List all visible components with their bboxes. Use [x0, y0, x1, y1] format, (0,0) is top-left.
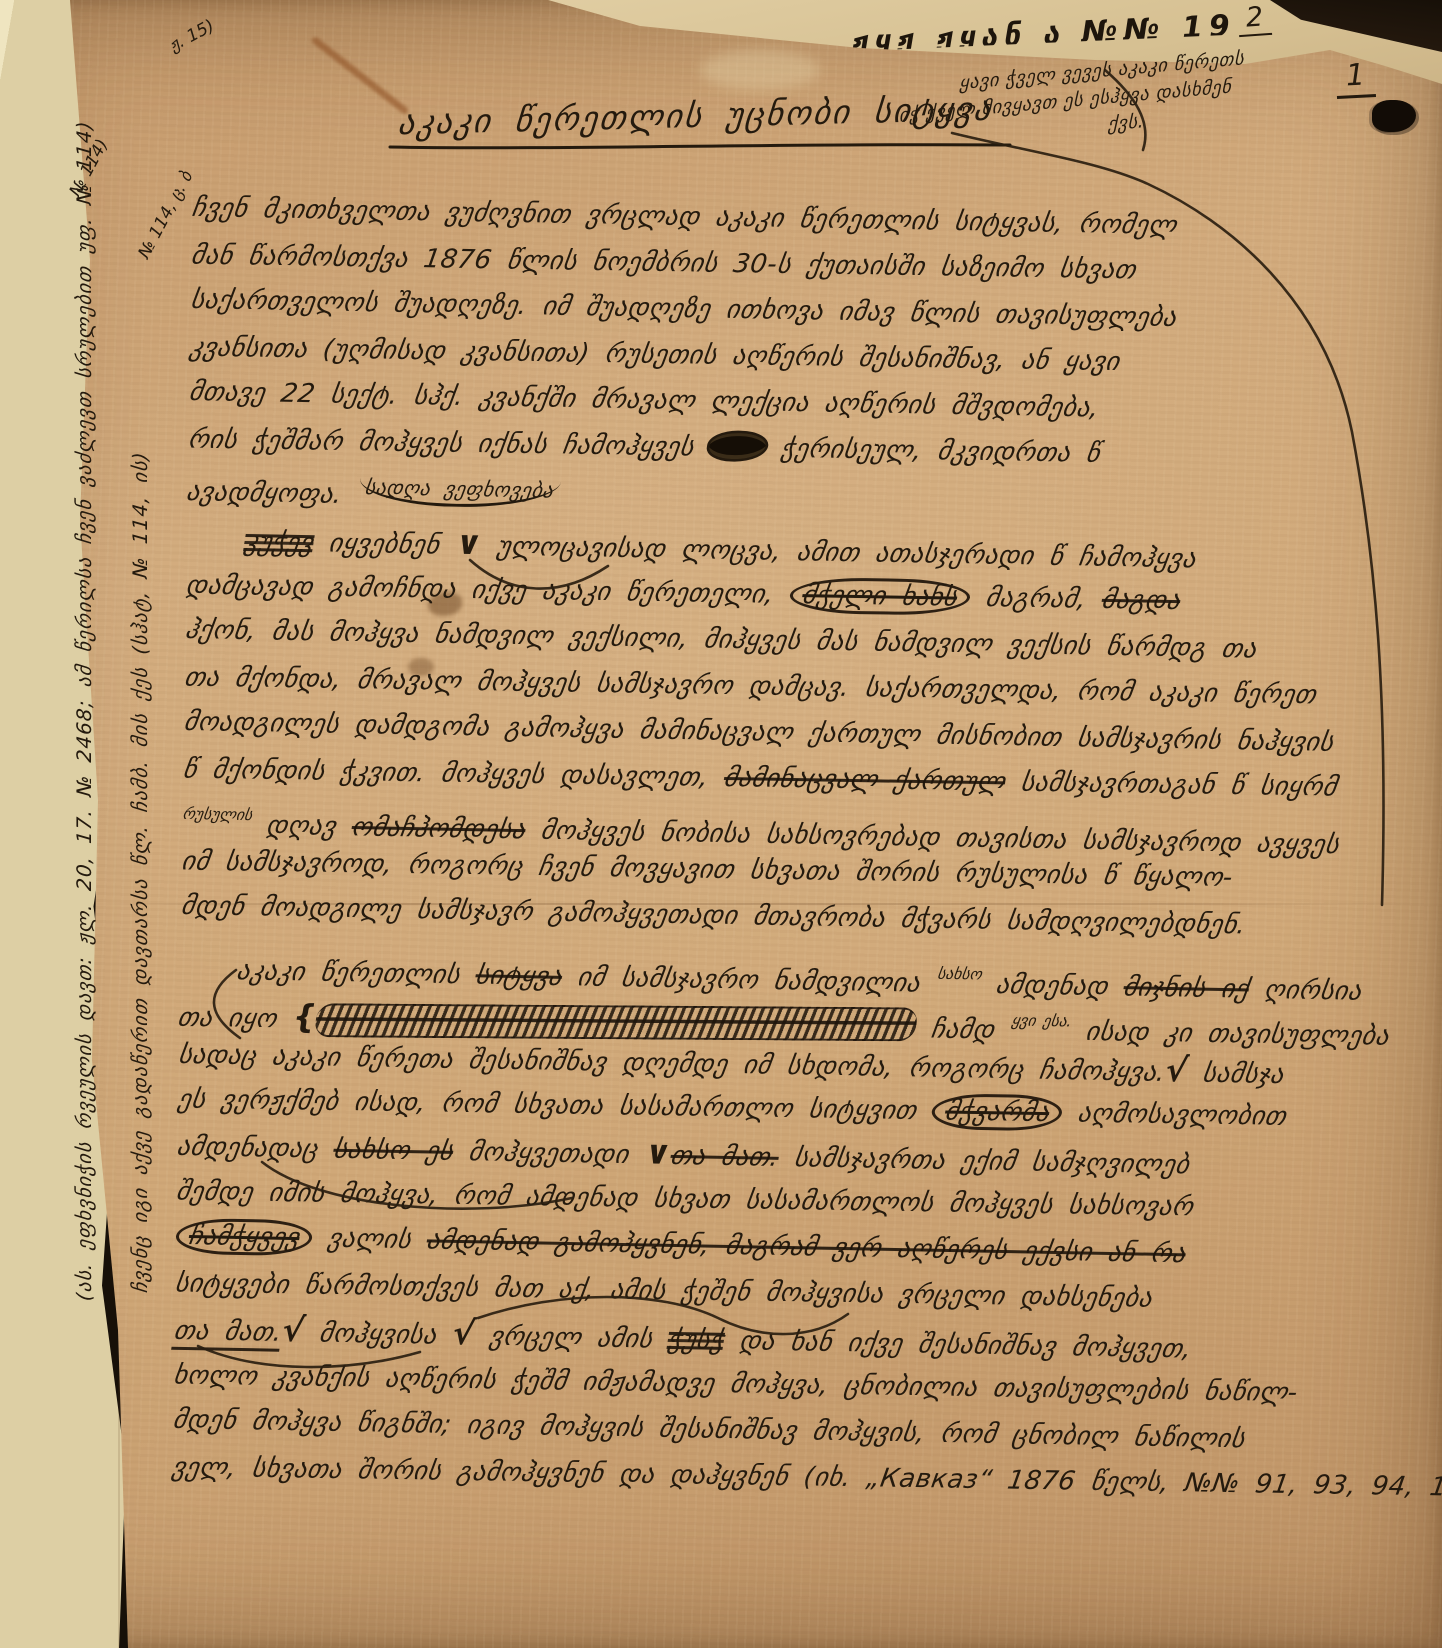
handwriting-text: ვრცელ ამის	[472, 1321, 671, 1354]
page-number-1: 1	[1335, 57, 1376, 99]
handwriting-text: სამსჯავრთაგან წ სიყრმ	[1003, 767, 1339, 802]
circled-struck-text: მჭვარმა	[929, 1093, 1065, 1131]
handwriting-text: ვალის	[310, 1223, 429, 1255]
handwriting-text: ჩამდ	[913, 1014, 1012, 1045]
handwriting-text: კვანსითა (უღმისად კვანსითა) რუსეთის აღწე…	[187, 333, 1121, 378]
handwriting-text: მთავე 22 სექტ. სჰქ. კვანქში მრავალ ლექცი…	[187, 377, 1101, 424]
struck-out-text: ამდენად გამოჰყვნენ, მაგრამ ვერ აღწერეს ე…	[425, 1225, 1188, 1269]
struck-out-text: მაგდა	[1100, 585, 1183, 616]
handwriting-text: ავადმყოფა.	[184, 477, 360, 510]
water-stain	[700, 50, 820, 90]
handwriting-text: სამსჯავრთა ექიმ სამჯღვილებ	[776, 1143, 1191, 1180]
handwriting-text: რის ჭეშმარ მოჰყვეს იქნას ჩამოჰყვეს	[186, 425, 712, 463]
handwriting-text: დამცავად გამოჩნდა იქვე აკაკი წერეთელი,	[184, 571, 792, 610]
handwriting-text: ამდენადაც	[175, 1132, 336, 1165]
circled-struck-text: ჩამჭყვევ	[173, 1218, 315, 1256]
handwriting-text: სამსჯა	[1185, 1058, 1287, 1090]
vertical-crease	[118, 1380, 120, 1648]
handwriting-text: და ხან იქვე შესანიშნავ მოჰყვეთ,	[722, 1326, 1194, 1364]
handwriting-text: აღმოსავლობით	[1060, 1098, 1289, 1131]
paragraph: ჩვენ მკითხველთა ვუძღვნით ვრცლად აკაკი წე…	[187, 187, 1407, 528]
handwriting-text: მოჰყვეთადი	[451, 1137, 647, 1170]
manuscript-body: ჩვენ მკითხველთა ვუძღვნით ვრცლად აკაკი წე…	[172, 187, 1407, 1510]
handwriting-text: იყვებნენ	[311, 528, 458, 561]
ink-blot-scribble	[708, 433, 768, 460]
title-underline	[388, 142, 1013, 150]
struck-out-text: ომაჩჰომდესა	[349, 812, 527, 845]
page-number-2: 2	[1237, 1, 1272, 37]
interlinear-insertion: ყვი ესა.	[1010, 1012, 1073, 1031]
manuscript-scan: ჟყჟ ჟყან ა №№ 19 ჟყ 2 № 114) № 114, ც. ბ…	[0, 0, 1442, 1648]
handwriting-text: დღავ	[248, 810, 354, 842]
struck-out-text: სიტყვა	[473, 961, 564, 993]
underlined-text: თა მათ.	[171, 1316, 284, 1352]
interlinear-insertion: რუსულის	[181, 805, 253, 824]
paragraph: აკაკი წერეთლის სიტყვა იმ სამსჯავრო ნამდვ…	[172, 938, 1396, 1509]
handwriting-text: წ მქონდის ჭკვით. მოჰყვეს დასავლეთ,	[181, 755, 727, 793]
underbraced-insertion: სადღა ვეფხოვება	[356, 475, 561, 509]
handwriting-text: ჭერისეულ, მკვიდრთა წ	[763, 434, 1102, 469]
struck-out-text: სახსო ეს	[331, 1135, 455, 1167]
paragraph: კუჭევ იყვებნენ ∨ ულოცავისად ლოცვა, ამით …	[181, 516, 1402, 949]
struck-out-text: თა მათ.	[668, 1141, 781, 1173]
margin-note-outer: (ას. ეფხვნიჭის რვეულის დავთ: ჟლ. 20, 17.…	[72, 50, 96, 1302]
handwriting-text: მაგრამ,	[968, 583, 1104, 615]
circled-struck-text: მჭელი ხანს	[787, 577, 973, 616]
scribbled-out-text: კუჭევ	[242, 527, 316, 558]
struck-out-text: მამინაცვალ ქართულ	[722, 763, 1008, 797]
handwriting-text: ეს ვერჟქმებ ისად, რომ სხვათა სასამართლო …	[176, 1084, 935, 1126]
handwriting-text: ჩვენ მკითხველთა ვუძღვნით ვრცლად აკაკი წე…	[190, 193, 1179, 241]
handwriting-text: მოჰყვისა	[301, 1318, 454, 1351]
interlinear-insertion: სახსო	[936, 965, 983, 984]
scribbled-out-text: ჭუსჭ	[666, 1325, 727, 1356]
handwriting-text: საქართველოს შუადღეზე. იმ შუადღეზე ითხოვა…	[188, 285, 1179, 333]
margin-note-inner: ჩვენც იგი აქვე გადაწერით დავთარსა წლ. ჩა…	[128, 112, 152, 1294]
